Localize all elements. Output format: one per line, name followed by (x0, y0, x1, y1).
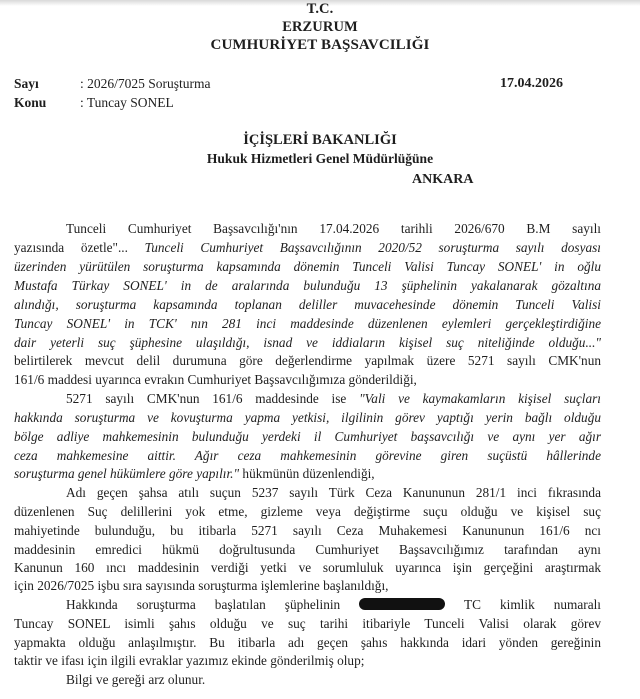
recipient-city: ANKARA (412, 172, 473, 188)
body-line: Tuncay SONEL' in TCK' nın 281 inci madde… (14, 315, 601, 333)
body-line: mahiyetinde bulunduğu, bu itibarla 5271 … (14, 522, 601, 540)
recipient-department: Hukuk Hizmetleri Genel Müdürlüğüne (0, 151, 640, 167)
konu-value: : Tuncay SONEL (80, 95, 174, 110)
header-city: ERZURUM (0, 19, 640, 36)
body-line: yazısında özetle"... Tunceli Cumhuriyet … (14, 239, 601, 257)
body-line: hakkında soruşturma ve kovuşturma yapma … (14, 409, 601, 427)
body-line: için 2026/7025 işbu sıra sayısında soruş… (14, 577, 601, 595)
body-line: üzerinden yürütülen soruşturma kapsamınd… (14, 258, 601, 276)
body-line: yapmakta olduğu anlaşılmıştır. Bu itibar… (14, 634, 601, 652)
document-date: 17.04.2026 (500, 76, 563, 92)
body-line: düzenlenen Suç delillerini yok etme, giz… (14, 503, 601, 521)
header-office: CUMHURİYET BAŞSAVCILIĞI (0, 37, 640, 54)
body-line: maddesinin emredici hükmü doğrultusunda … (14, 541, 601, 559)
body-line: 161/6 maddesi uyarınca evrakın Cumhuriye… (14, 371, 601, 389)
body-line: taktir ve ifası için ilgili evraklar yaz… (14, 652, 601, 670)
body-line: ceza mahkemesine aittir. Ağır ceza mahke… (14, 447, 601, 465)
sayi-label: Sayı (14, 76, 80, 92)
body-line: Kanunun 160 ıncı maddesinin verdiği yetk… (14, 559, 601, 577)
body-line: Tunceli Cumhuriyet Başsavcılığı'nın 17.0… (66, 220, 601, 238)
body-line: soruşturma genel hükümlere göre yapılır.… (14, 465, 601, 483)
body-line: Tuncay SONEL isimli şahıs olduğu ve suç … (14, 615, 601, 633)
meta-konu: Konu: Tuncay SONEL (14, 95, 174, 111)
body-line: bölge adliye mahkemesinin bulunduğu yerd… (14, 428, 601, 446)
header-tc: T.C. (0, 1, 640, 18)
body-line: Hakkında soruşturma başlatılan şüphelini… (66, 596, 601, 614)
recipient-ministry: İÇİŞLERİ BAKANLIĞI (0, 132, 640, 149)
body-line: Adı geçen şahsa atılı suçun 5237 sayılı … (66, 484, 601, 502)
official-letter: T.C. ERZURUM CUMHURİYET BAŞSAVCILIĞI Say… (0, 0, 640, 699)
redacted-id-number (359, 598, 445, 610)
body-line: Mustafa Türkay SONEL' in de aralarında b… (14, 277, 601, 295)
body-line: dair yeterli suç şüphesine ulaşıldığı, i… (14, 334, 601, 352)
sayi-value: : 2026/7025 Soruşturma (80, 76, 211, 91)
body-line: 5271 sayılı CMK'nun 161/6 maddesinde ise… (66, 390, 601, 408)
meta-sayi: Sayı: 2026/7025 Soruşturma (14, 76, 211, 92)
konu-label: Konu (14, 95, 80, 111)
closing-line: Bilgi ve gereği arz olunur. (66, 671, 601, 689)
body-line: alındığı, soruşturma kapsamında toplanan… (14, 296, 601, 314)
body-line: belirtilerek mevcut delil durumuna göre … (14, 352, 601, 370)
